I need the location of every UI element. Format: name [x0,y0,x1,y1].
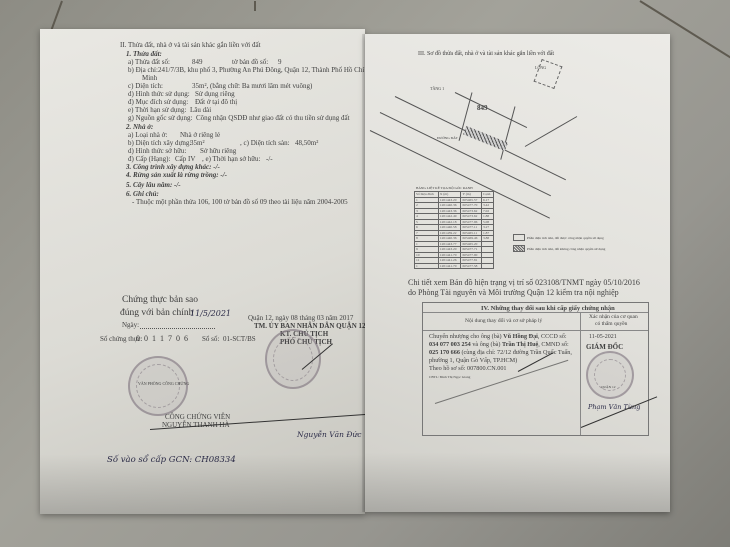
notes-text: - Thuộc một phần thửa 106, 100 tờ bản đồ… [132,198,348,207]
right-page: III. Sơ đồ thửa đất, nhà ở và tài sản kh… [365,34,670,512]
buyer-1-name: Vũ Hồng Đại [503,333,538,340]
changes-col-divider [580,312,581,435]
buyer-2-id: 025 170 666 [429,349,460,356]
own-term-value: -/- [266,155,273,164]
hatched-area [463,126,508,151]
floor-label: TẦNG 1 [430,84,444,93]
notary-seal-text: VĂN PHÒNG CÔNG CHỨNG [138,379,189,388]
section-ii-title: II. Thửa đất, nhà ở và tài sản khác gắn … [120,41,261,50]
section-iii-title: III. Sơ đồ thửa đất, nhà ở và tài sản kh… [418,50,554,59]
floor-crack [254,1,256,11]
coord-table: Số hiệu đỉnhX (m)Y (m)Cạnh 11201443.2060… [414,191,494,269]
shadow [365,452,670,512]
confirm-seal-text: QUẬN 12 [601,383,616,392]
issuer-signer: Nguyễn Văn Đức [297,430,361,439]
origin-label: g) Nguồn gốc sử dụng: [128,114,192,123]
perennial: 5. Cây lâu năm: -/- [126,181,181,190]
detail-note-2: do Phòng Tài nguyên và Môi trường Quận 1… [408,288,619,297]
confirm-date: 11-05-2021 [589,333,617,342]
certified-copy-date-label: Ngày: [122,321,139,330]
book-label: Sổ số: [202,335,219,344]
forest: 4. Rừng sản xuất là rừng trồng: -/- [126,171,227,180]
book-no: 01-SCT/BS [223,335,256,344]
legend-not-recognized: Phần diện tích nhà, đất không công nhận … [527,245,605,254]
coord-row: 11201441.70605477.58 [415,263,494,269]
certified-copy-date: 11/5/2021 [190,309,231,318]
legend-box-recognized [513,234,525,241]
confirm-signer: Phạm Văn Tùng [588,403,640,412]
changes-col1-header: Nội dung thay đổi và cơ sở pháp lý [465,317,542,326]
floor-area-label: , c) Diện tích sàn: [240,139,290,148]
shadow [40,454,365,514]
change-entry-line5: Theo hồ sơ số: 007800.CN.001 [429,364,507,373]
changes-table: IV. Những thay đổi sau khi cấp giấy chứn… [422,302,649,436]
change-officer: CBTL: Đinh Thị Ngọc Giang [429,373,470,382]
left-page: II. Thửa đất, nhà ở và tài sản khác gắn … [40,29,365,514]
floor-area-value: 48,50m² [295,139,318,148]
floor-crack [51,1,63,30]
changes-col2-header-2: có thẩm quyền [595,320,627,329]
map-line [525,116,577,147]
legend-box-not-recognized [513,245,525,252]
address: 241/7/3B, khu phố 3, Phường An Phú Đông,… [158,66,364,75]
buyer-2-name: Trần Thị Huệ [502,341,538,348]
certified-copy-line2: đúng với bản chính [120,308,193,319]
buyer-1-id: 034 077 003 254 [429,341,471,348]
legend-recognized: Phần diện tích nhà, đất được công nhận q… [527,234,604,243]
date-underline [140,328,215,329]
cert-no: 0 0 1 1 7 0 6 [136,334,189,343]
diagonal-strike [581,396,657,428]
certified-copy-line1: Chứng thực bản sao [122,295,198,306]
detail-note-1: Chi tiết xem Bản đồ hiện trạng vị trí số… [408,278,640,287]
origin-value: Công nhận QSDĐ như giao đất có thu tiền … [196,114,350,123]
